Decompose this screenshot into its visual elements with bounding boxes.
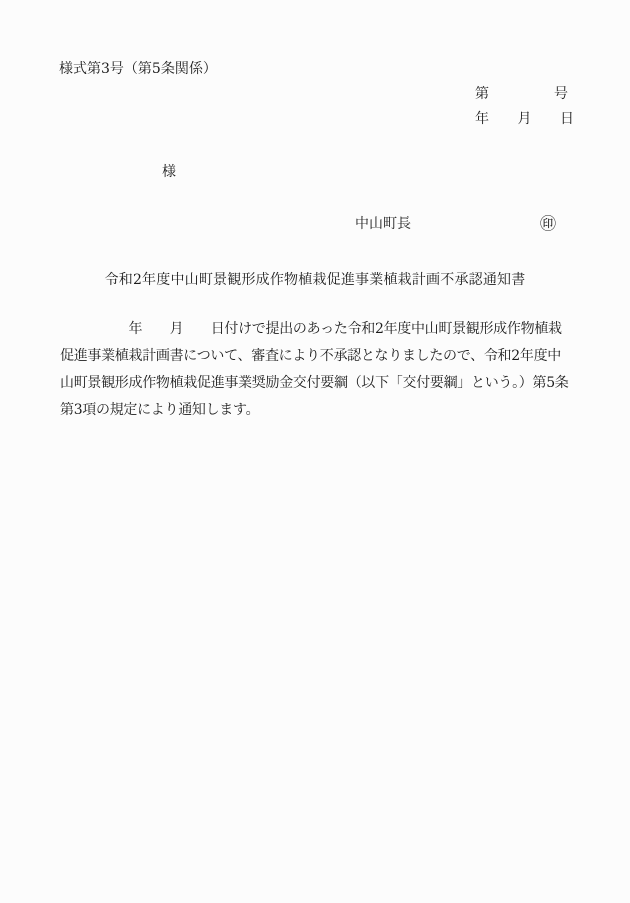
seal-mark: ㊞ [540, 216, 556, 232]
date-month-label: 月 [518, 111, 532, 127]
doc-number-prefix: 第 [475, 86, 489, 102]
body-paragraph: 年 月 日付けで提出のあった令和2年度中山町景観形成作物植栽 促進事業植栽計画書… [60, 316, 575, 424]
date-line: 年 月 日 [475, 111, 574, 127]
document-title: 令和2年度中山町景観形成作物植栽促進事業植栽計画不承認通知書 [0, 272, 630, 288]
sender-title: 中山町長 [355, 216, 411, 232]
sender-line: 中山町長 ㊞ [355, 216, 556, 232]
doc-number-suffix: 号 [554, 86, 568, 102]
document-number-line: 第 号 [475, 86, 568, 102]
body-line-3: 山町景観形成作物植栽促進事業奨励金交付要綱（以下「交付要綱」という。）第5条 [60, 370, 575, 397]
document-page: 様式第3号（第5条関係） 第 号 年 月 日 様 中山町長 ㊞ 令和2年度中山町… [0, 0, 630, 903]
date-year-label: 年 [475, 111, 489, 127]
date-day-label: 日 [560, 111, 574, 127]
body-line-4: 第3項の規定により通知します。 [60, 397, 575, 424]
body-line-2: 促進事業植栽計画書について、審査により不承認となりましたので、令和2年度中 [60, 343, 575, 370]
body-line-1: 年 月 日付けで提出のあった令和2年度中山町景観形成作物植栽 [60, 316, 575, 343]
form-number-label: 様式第3号（第5条関係） [59, 61, 217, 77]
recipient-honorific: 様 [162, 164, 176, 180]
